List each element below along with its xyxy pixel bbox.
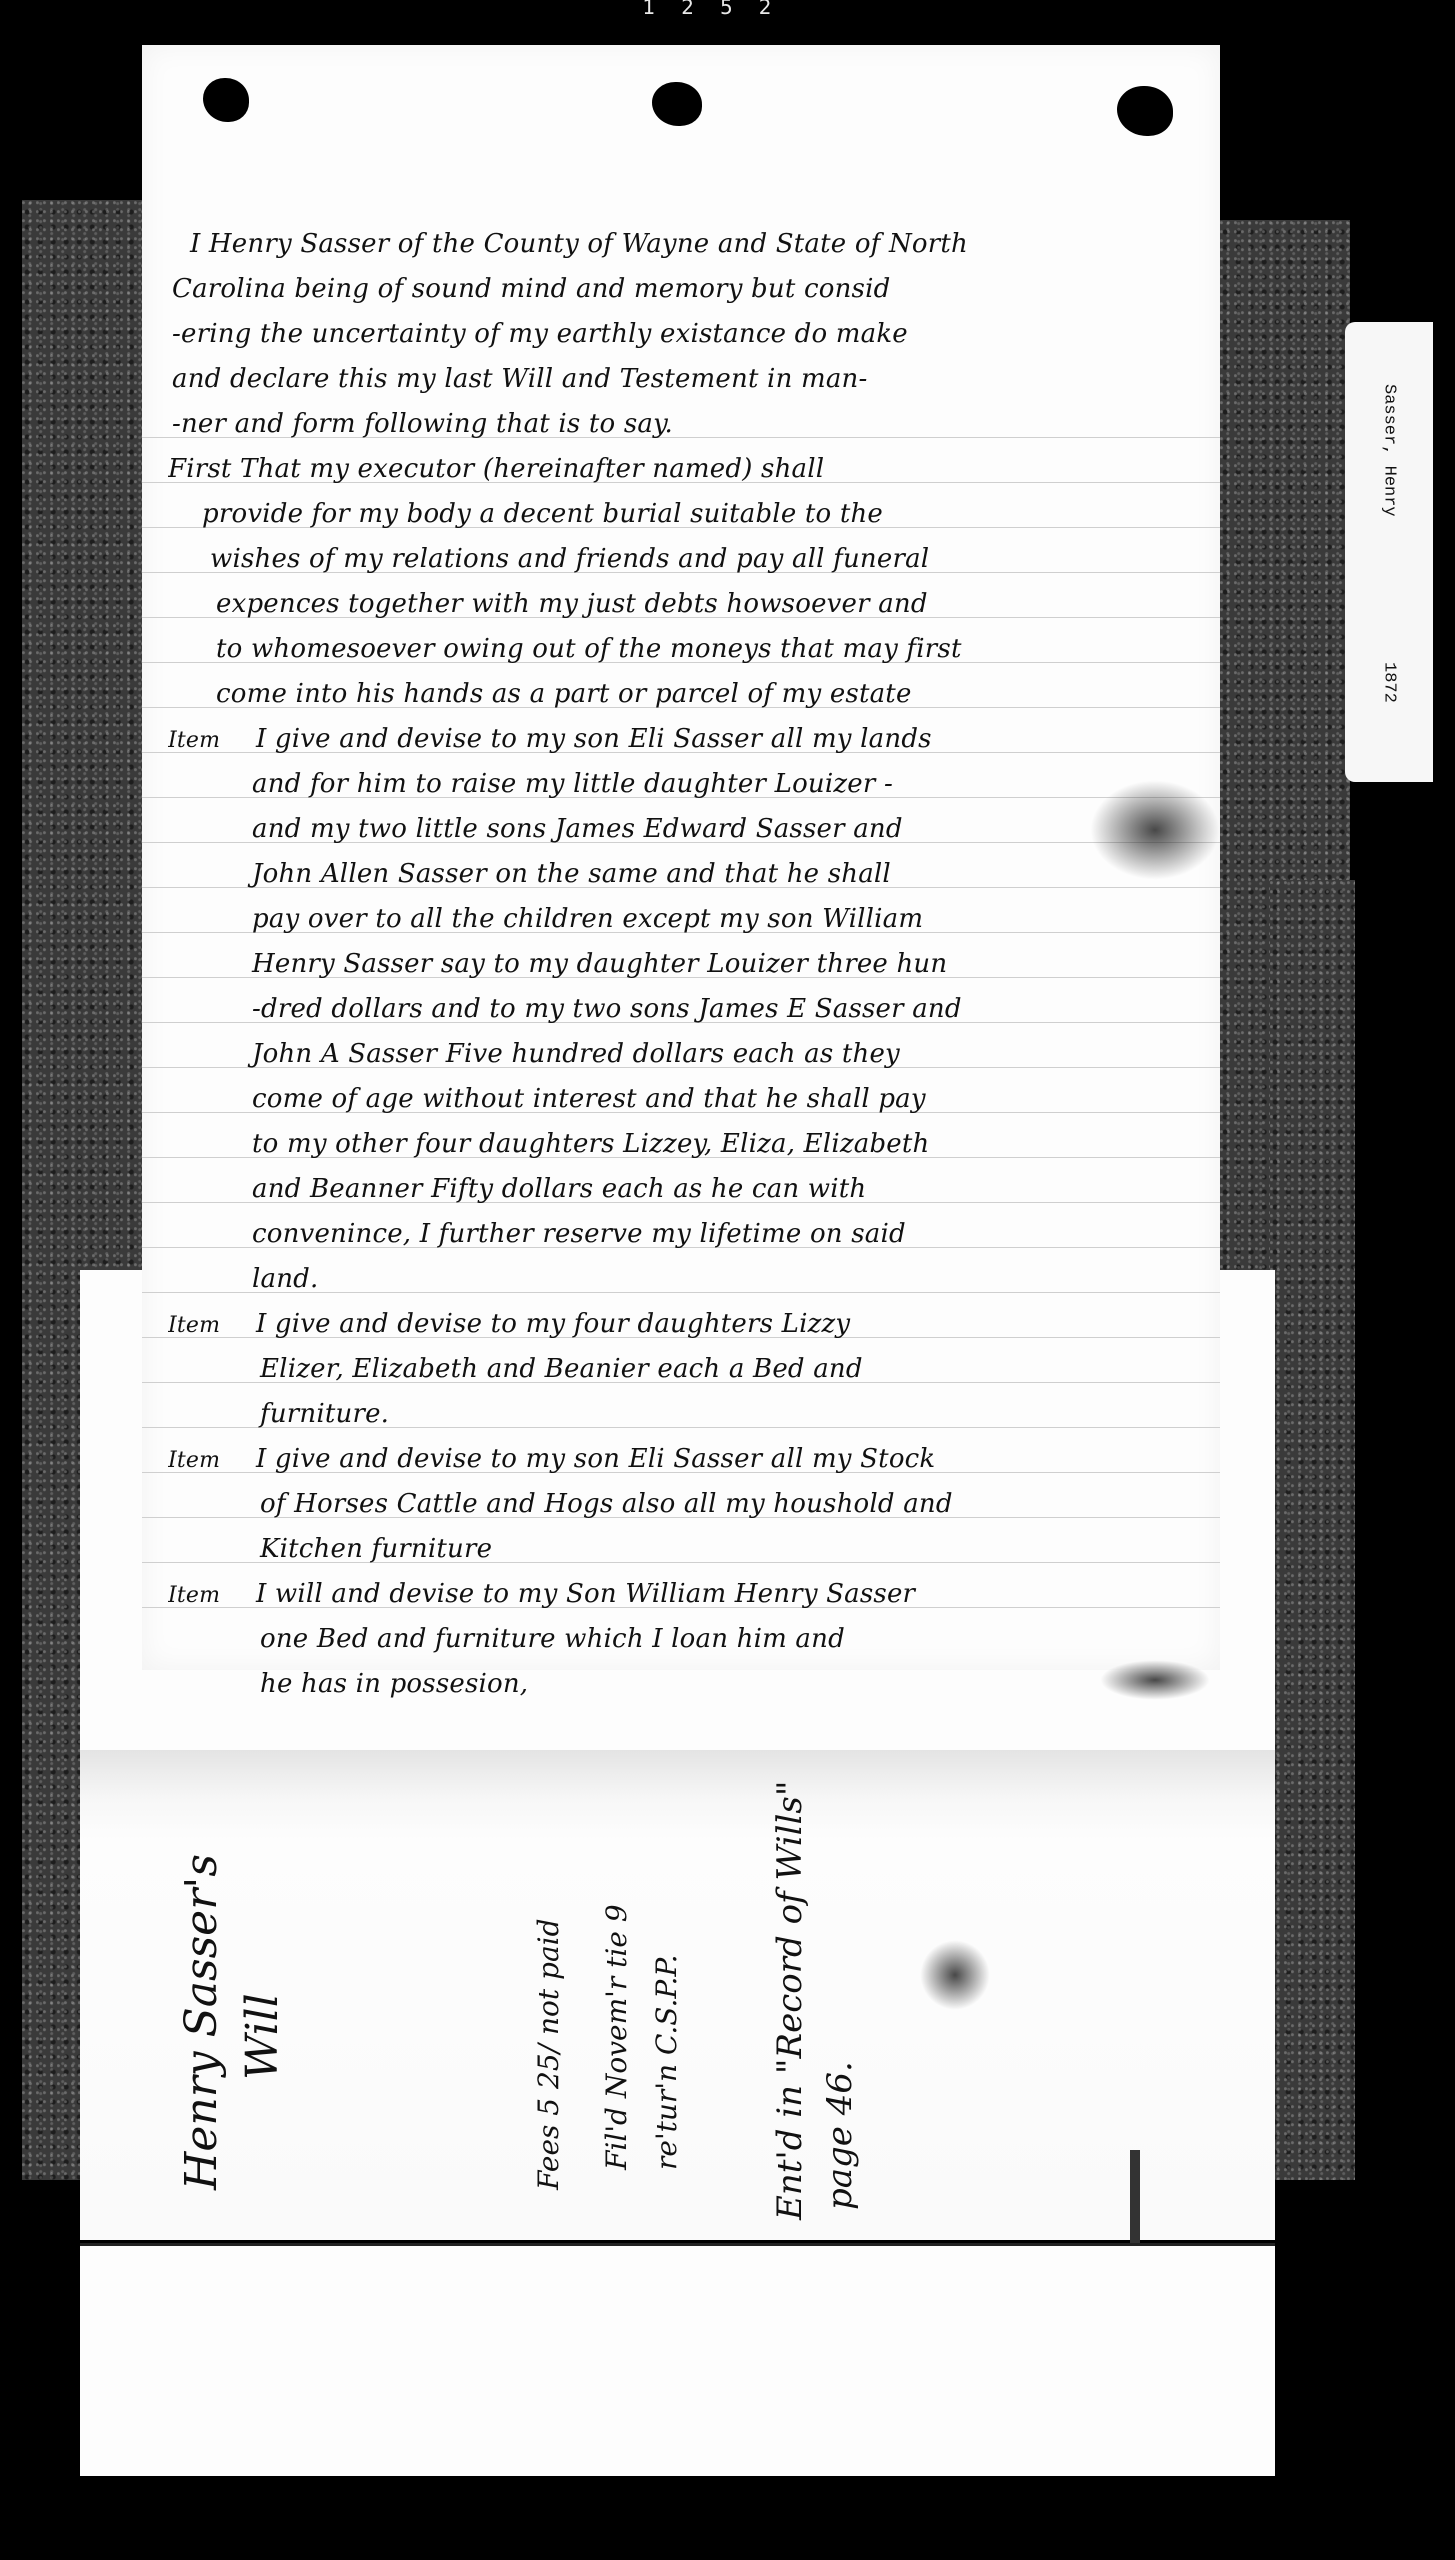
text-line: convenince, I further reserve my lifetim… <box>172 1212 1222 1257</box>
docket-filed-note: Fil'd Novem'r tie 9 <box>600 1800 633 2170</box>
text-line: wishes of my relations and friends and p… <box>172 537 1222 582</box>
text-line: and for him to raise my little daughter … <box>172 762 1222 807</box>
docket-fees-note: Fees 5 25/ not paid <box>532 1770 565 2190</box>
item-label: Item <box>168 718 256 762</box>
blank-bottom-strip <box>95 2400 1275 2475</box>
preamble-paragraph: I Henry Sasser of the County of Wayne an… <box>172 222 1222 447</box>
item-label: Item <box>168 1438 256 1482</box>
text-line: to whomesoever owing out of the moneys t… <box>172 627 1222 672</box>
text-line: I give and devise to my son Eli Sasser a… <box>256 724 932 754</box>
index-label-name: Sasser, Henry <box>1380 384 1399 517</box>
page-number: 1252 <box>620 0 820 20</box>
item-label: Item <box>168 1303 256 1347</box>
text-line: Kitchen furniture <box>172 1527 1222 1572</box>
index-label-year: 1872 <box>1380 662 1399 703</box>
docket-recorded-note: Ent'd in "Record of Wills" <box>770 1780 810 2220</box>
text-line: and my two little sons James Edward Sass… <box>172 807 1222 852</box>
item-clause-beds-daughters: ItemI give and devise to my four daughte… <box>172 1302 1222 1437</box>
item-clause-bed-william: ItemI will and devise to my Son William … <box>172 1572 1222 1707</box>
text-line: of Horses Cattle and Hogs also all my ho… <box>172 1482 1222 1527</box>
text-line: Elizer, Elizabeth and Beanier each a Bed… <box>172 1347 1222 1392</box>
text-line: Carolina being of sound mind and memory … <box>172 267 1222 312</box>
text-line: and Beanner Fifty dollars each as he can… <box>172 1167 1222 1212</box>
binding-hole <box>652 82 702 126</box>
archival-backing-board-right-lower <box>1270 880 1355 2180</box>
docket-recorded-page: page 46. <box>820 1870 860 2210</box>
text-line: land. <box>172 1257 1222 1302</box>
text-line: he has in possesion, <box>172 1662 1222 1707</box>
text-line: Henry Sasser say to my daughter Louizer … <box>172 942 1222 987</box>
item-clause-stock: ItemI give and devise to my son Eli Sass… <box>172 1437 1222 1572</box>
text-line: -dred dollars and to my two sons James E… <box>172 987 1222 1032</box>
text-line: I give and devise to my son Eli Sasser a… <box>256 1444 935 1474</box>
index-label-tab: Sasser, Henry 1872 <box>1345 322 1433 782</box>
item-clause-lands: ItemI give and devise to my son Eli Sass… <box>172 717 1222 1302</box>
text-line: one Bed and furniture which I loan him a… <box>172 1617 1222 1662</box>
text-line: John Allen Sasser on the same and that h… <box>172 852 1222 897</box>
text-line: -ering the uncertainty of my earthly exi… <box>172 312 1222 357</box>
text-line: pay over to all the children except my s… <box>172 897 1222 942</box>
text-line: I Henry Sasser of the County of Wayne an… <box>172 222 1222 267</box>
text-line: and declare this my last Will and Testem… <box>172 357 1222 402</box>
first-clause: First That my executor (hereinafter name… <box>172 447 1222 717</box>
text-line: come of age without interest and that he… <box>172 1077 1222 1122</box>
text-line: to my other four daughters Lizzey, Eliza… <box>172 1122 1222 1167</box>
binding-hole <box>203 78 249 122</box>
ink-smudge <box>1100 1660 1210 1700</box>
text-line: I give and devise to my four daughters L… <box>256 1309 850 1339</box>
ink-smudge <box>920 1940 990 2010</box>
text-line: First That my executor (hereinafter name… <box>168 447 1222 492</box>
text-line: furniture. <box>172 1392 1222 1437</box>
text-line: provide for my body a decent burial suit… <box>172 492 1222 537</box>
paper-crease <box>1130 2150 1140 2250</box>
ink-smudge <box>1090 780 1220 880</box>
docket-title-will: Will <box>238 1830 288 2080</box>
docket-filed-note-2: re'tur'n C.S.P.P. <box>650 1800 683 2170</box>
item-label: Item <box>168 1573 256 1617</box>
text-line: come into his hands as a part or parcel … <box>172 672 1222 717</box>
text-line: -ner and form following that is to say. <box>172 402 1222 447</box>
text-line: I will and devise to my Son William Henr… <box>256 1579 915 1609</box>
text-line: expences together with my just debts how… <box>172 582 1222 627</box>
text-line: John A Sasser Five hundred dollars each … <box>172 1032 1222 1077</box>
docket-title: Henry Sasser's <box>172 1830 232 2190</box>
will-text: I Henry Sasser of the County of Wayne an… <box>172 222 1222 1707</box>
binding-hole <box>1117 86 1173 136</box>
